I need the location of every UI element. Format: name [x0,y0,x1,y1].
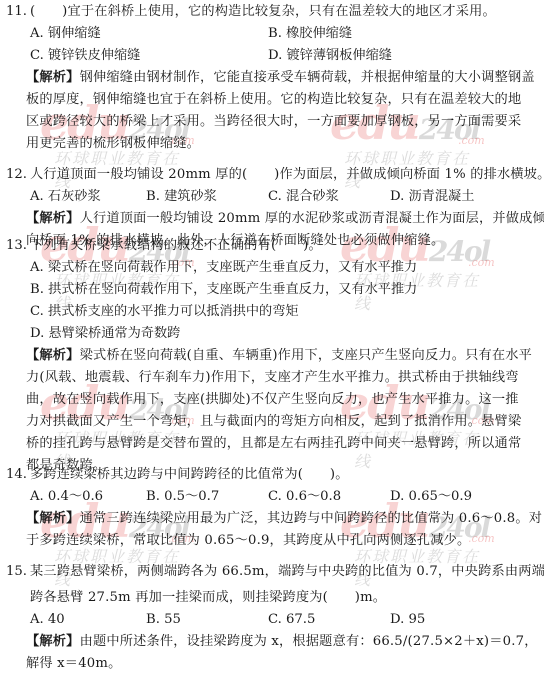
option-b: B. 建筑砂浆 [146,187,217,207]
option-d: D. 0.65～0.9 [390,487,472,507]
option-a: A. 石灰砂浆 [30,187,101,207]
question-number: 14. [6,465,27,485]
document-page: edu24ol .com 环球职业教育在线 edu24ol .com 环球职业教… [0,0,544,677]
question-number: 12. [6,165,27,185]
analysis-line: 解得 x＝40m。 [26,654,121,674]
option-c: C. 拱式桥支座的水平推力可以抵消拱中的弯矩 [30,302,299,322]
analysis-line: 板的厚度，钢伸缩缝也宜于在斜桥上使用。它的构造比较复杂，只有在温差较大的地 [26,90,521,110]
question-stem: 跨各悬臂 27.5m 再加一挂梁而成，则挂梁跨度为( )m。 [30,588,386,608]
option-d: D. 95 [390,610,425,630]
option-b: B. 拱式桥在竖向荷载作用下，支座既产生垂直反力，又有水平推力 [30,280,417,300]
option-b: B. 55 [146,610,181,630]
option-b: B. 0.5～0.7 [146,487,219,507]
analysis-line: 力对拱截面又产生一个弯矩，且与截面内的弯矩方向相反，起到了抵消作用。悬臂梁 [26,412,521,432]
option-a: A. 梁式桥在竖向荷载作用下，支座既产生垂直反力，又有水平推力 [30,258,417,278]
question-stem: 人行道顶面一般均铺设 20mm 厚的( )作为面层，并做成倾向桥面 1% 的排水… [30,165,544,185]
option-c: C. 混合砂浆 [268,187,339,207]
analysis-line: 桥的挂孔跨与悬臂跨是交替布置的，且都是左右两挂孔跨中间夹一悬臂跨，所以通常 [26,434,521,454]
question-number: 11. [6,2,27,22]
question-number: 13. [6,236,27,256]
question-stem: 多跨连续梁桥其边跨与中间跨跨径的比值常为( )。 [30,465,349,485]
question-stem: 下列有关桥梁承载结构的叙述不正确的有( )。 [30,236,322,256]
option-c: C. 67.5 [268,610,315,630]
option-c: C. 0.6～0.8 [268,487,341,507]
analysis-line: 曲，故在竖向载作用下，支座(拱脚处)不仅产生竖向反力，也产生水平推力。这一推 [26,390,519,410]
question-number: 15. [6,562,27,582]
analysis-line: 【解析】通常三跨连续梁应用最为广泛，其边跨与中间跨跨径的比值常为 0.6～0.8… [26,509,542,529]
question-stem: ( )宜于在斜桥上使用，它的构造比较复杂，只有在温差较大的地区才采用。 [30,2,496,22]
option-a: A. 钢伸缩缝 [30,24,101,44]
option-a: A. 40 [30,610,65,630]
analysis-line: 【解析】人行道顶面一般均铺设 20mm 厚的水泥砂浆或沥青混凝土作为面层，并做成… [26,209,544,229]
question-stem: 某三跨悬臂梁桥，两侧端跨各为 66.5m，端跨与中央跨的比值为 0.7，中央跨系… [30,562,544,582]
option-b: B. 橡胶伸缩缝 [268,24,352,44]
analysis-line: 用更完善的梳形钢板伸缩缝。 [26,134,200,154]
option-d: D. 镀锌薄钢板伸缩缝 [268,46,392,66]
option-d: D. 悬臂梁桥通常为奇数跨 [30,324,180,344]
analysis-line: 区或跨径较大的桥梁上才采用。当跨径很大时，一方面要加厚钢板，另一方面需要采 [26,112,521,132]
analysis-line: 【解析】梁式桥在竖向荷载(自重、车辆重)作用下，支座只产生竖向反力。只有在水平 [26,346,532,366]
option-a: A. 0.4～0.6 [30,487,103,507]
analysis-line: 于多跨连续梁桥，常取比值为 0.65～0.9，其跨度从中孔向两侧逐孔减少。 [26,531,470,551]
analysis-line: 【解析】钢伸缩缝由钢材制作，它能直接承受车辆荷载，并根据伸缩量的大小调整钢盖 [26,68,535,88]
analysis-line: 【解析】由题中所述条件，设挂梁跨度为 x，根据题意有：66.5/(27.5×2＋… [26,632,538,652]
option-c: C. 镀锌铁皮伸缩缝 [30,46,140,66]
analysis-line: 力(风载、地震载、行车刹车力)作用下，支座才产生水平推力。拱式桥由于拱轴线弯 [26,368,519,388]
option-d: D. 沥青混凝土 [390,187,474,207]
